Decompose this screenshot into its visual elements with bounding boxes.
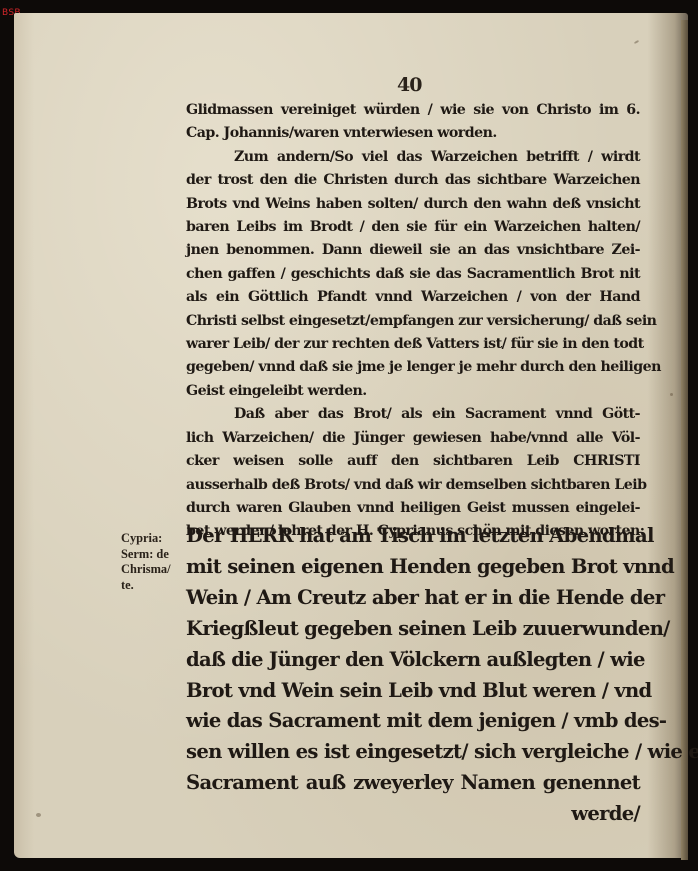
text-line: lich Warzeichen/ die Jünger gewiesen hab… <box>186 427 640 450</box>
text-line: chen gaffen / geschichts daß sie das Sac… <box>186 263 640 286</box>
text-line: cker weisen solle auff den sichtbaren Le… <box>186 450 640 473</box>
text-line: Cap. Johannis/waren vnterwiesen worden. <box>186 122 640 145</box>
text-line: Geist eingeleibt werden. <box>186 380 640 403</box>
quote-line: Der HERR hat am Tisch im letzten Abendma… <box>186 521 640 552</box>
text-line: Glidmassen vereiniget würden / wie sie v… <box>186 99 640 122</box>
marginal-note: Cypria: Serm: de Chrisma/ te. <box>121 531 171 593</box>
quote-line: wie das Sacrament mit dem jenigen / vmb … <box>186 706 640 737</box>
text-line: gegeben/ vnnd daß sie jme je lenger je m… <box>186 356 640 379</box>
text-line: jnen benommen. Dann dieweil sie an das v… <box>186 239 640 262</box>
text-line: ausserhalb deß Brots/ vnd daß wir demsel… <box>186 474 640 497</box>
text-line: durch waren Glauben vnnd heiligen Geist … <box>186 497 640 520</box>
text-line: Daß aber das Brot/ als ein Sacrament vnn… <box>186 403 640 426</box>
page-edge-shadow <box>681 20 688 860</box>
marginal-line: Cypria: <box>121 531 171 547</box>
quote-line: Wein / Am Creutz aber hat er in die Hend… <box>186 583 640 614</box>
quote-line: Kriegßleut gegeben seinen Leib zuuerwund… <box>186 614 640 645</box>
marginal-line: Serm: de <box>121 547 171 563</box>
text-line: als ein Göttlich Pfandt vnnd Warzeichen … <box>186 286 640 309</box>
quote-line: daß die Jünger den Völckern außlegten / … <box>186 645 640 676</box>
cyprian-quote-block: Der HERR hat am Tisch im letzten Abendma… <box>186 521 640 830</box>
main-text-block: Glidmassen vereiniget würden / wie sie v… <box>186 99 640 544</box>
quote-line: Sacrament auß zweyerley Namen genennet <box>186 768 640 799</box>
marginal-line: Chrisma/ <box>121 562 171 578</box>
quote-line: sen willen es ist eingesetzt/ sich vergl… <box>186 737 640 768</box>
text-line: Christi selbst eingesetzt/empfangen zur … <box>186 310 640 333</box>
paper-stain <box>36 813 41 817</box>
quote-line: Brot vnd Wein sein Leib vnd Blut weren /… <box>186 676 640 707</box>
text-line: baren Leibs im Brodt / den sie für ein W… <box>186 216 640 239</box>
marginal-line: te. <box>121 578 171 594</box>
catchword: werde/ <box>186 799 640 830</box>
paper-stain <box>634 40 639 44</box>
text-line: Brots vnd Weins haben solten/ durch den … <box>186 193 640 216</box>
quote-line: mit seinen eigenen Henden gegeben Brot v… <box>186 552 640 583</box>
page-number: 40 <box>397 74 421 96</box>
text-line: der trost den die Christen durch das sic… <box>186 169 640 192</box>
paper-stain <box>670 393 673 396</box>
text-line: warer Leib/ der zur rechten deß Vatters … <box>186 333 640 356</box>
text-line: Zum andern/So viel das Warzeichen betrif… <box>186 146 640 169</box>
